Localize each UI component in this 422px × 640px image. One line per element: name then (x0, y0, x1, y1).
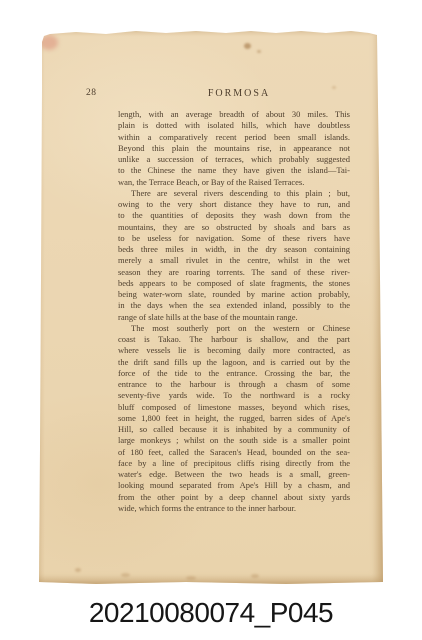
foxing-spot (251, 574, 259, 578)
text-line: plain is dotted with isolated hills, whi… (118, 120, 350, 131)
text-line: wide, which forms the entrance to the in… (118, 503, 350, 514)
text-line: the drift sand fills up the lagoon, and … (118, 357, 350, 368)
text-line: range of slate hills at the base of the … (118, 312, 350, 323)
page-number: 28 (86, 88, 97, 98)
running-header-title: FORMOSA (208, 88, 270, 99)
foxing-spot (257, 50, 261, 53)
text-line: coast is Takao. The harbour is shallow, … (118, 334, 350, 345)
text-line: entrance to the harbour is through a cha… (118, 379, 350, 390)
text-line: water's edge. Between the two heads is a… (118, 469, 350, 480)
catalog-number-caption: 20210080074_P045 (0, 597, 422, 629)
text-line: length, with an average breadth of about… (118, 109, 350, 120)
text-line: to be useless for navigation. Some of th… (118, 233, 350, 244)
text-line: owing to the very short distance they ha… (118, 199, 350, 210)
text-line: beds appears to be composed of slate fra… (118, 278, 350, 289)
text-line: unlike a succession of terraces, which p… (118, 154, 350, 165)
foxing-spot (244, 43, 251, 49)
text-line: to the quantities of deposits they wash … (118, 210, 350, 221)
text-line: where vessels lie is becoming daily more… (118, 345, 350, 356)
text-line: Hill, so called because it is inhabited … (118, 424, 350, 435)
text-line: seventy-five yards wide. To the northwar… (118, 390, 350, 401)
text-line: season they are roaring torrents. The sa… (118, 267, 350, 278)
text-line: from the other point by a deep channel a… (118, 492, 350, 503)
text-line: mountains, they are so obstructed by sho… (118, 222, 350, 233)
running-head: 28 FORMOSA (36, 88, 384, 102)
body-text: length, with an average breadth of about… (118, 109, 350, 514)
text-line: of 180 feet, called the Saracen's Head, … (118, 447, 350, 458)
text-line: bluff composed of limestone masses, beyo… (118, 402, 350, 413)
text-line: looking mound separated from Ape's Hill … (118, 480, 350, 491)
text-line: face by a line of precipitous cliffs ris… (118, 458, 350, 469)
text-line: force of the tide to the entrance. Cross… (118, 368, 350, 379)
book-page-scan: 28 FORMOSA length, with an average bread… (36, 28, 384, 584)
text-line: being water-worn slate, rounded by marin… (118, 289, 350, 300)
screenshot-root: 28 FORMOSA length, with an average bread… (0, 0, 422, 640)
foxing-spot (75, 568, 81, 572)
text-line: Beyond this plain the mountains rise, in… (118, 143, 350, 154)
text-line: to the Chinese the name they have given … (118, 165, 350, 176)
text-line: wan, the Terrace Beach, or Bay of the Ra… (118, 177, 350, 188)
text-line: within a comparatively recent period bee… (118, 132, 350, 143)
foxing-spot (121, 573, 130, 577)
text-line: large monkeys ; whilst on the south side… (118, 435, 350, 446)
text-line: in the days when the sea extended inland… (118, 300, 350, 311)
corner-stain (40, 35, 58, 50)
text-line: merely a small rivulet in the centre, wh… (118, 255, 350, 266)
text-line: There are several rivers descending to t… (118, 188, 350, 199)
foxing-spot (186, 576, 196, 580)
text-line: some 1,800 feet in height, the rugged, b… (118, 413, 350, 424)
text-line: The most southerly port on the western o… (118, 323, 350, 334)
text-line: beds three miles in width, in the dry se… (118, 244, 350, 255)
